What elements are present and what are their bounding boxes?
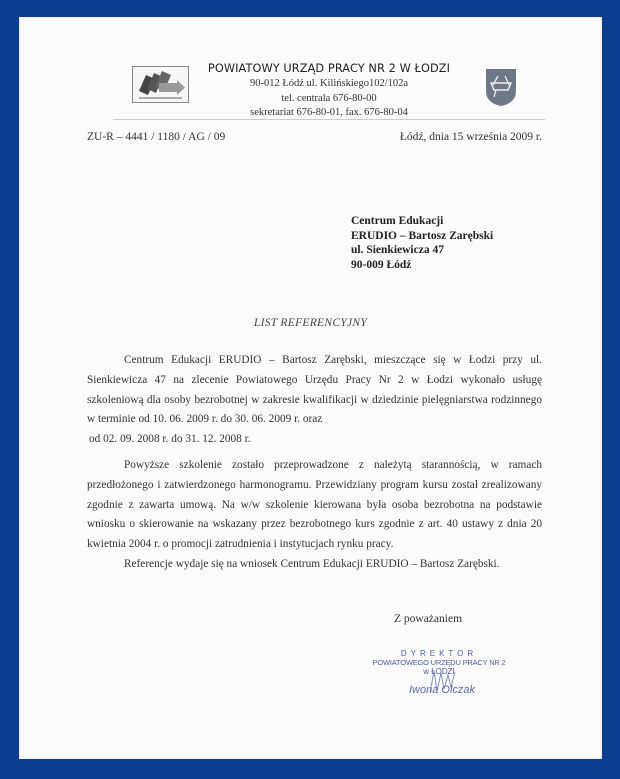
addressee-line: ERUDIO – Bartosz Zarębski — [351, 229, 493, 244]
body-paragraph-tail: od 02. 09. 2008 r. do 31. 12. 2008 r. — [87, 430, 542, 450]
body-paragraph: Centrum Edukacji ERUDIO – Bartosz Zarębs… — [87, 351, 542, 430]
addressee-line: ul. Sienkiewicza 47 — [351, 243, 493, 258]
stamp-title: DYREKTOR — [354, 649, 524, 658]
organization-address: 90-012 Łódź ul. Kilińskiego102/102a — [169, 78, 489, 89]
lodz-coat-of-arms-icon — [484, 67, 518, 107]
stamp-organization: POWIATOWEGO URZĘDU PRACY NR 2 — [354, 658, 524, 667]
body-paragraph: Powyższe szkolenie zostało przeprowadzon… — [87, 456, 542, 555]
organization-secretariat: sekretariat 676-80-01, fax. 676-80-04 — [169, 107, 489, 118]
organization-phone: tel. centrala 676-80-00 — [169, 93, 489, 104]
closing-salutation: Z poważaniem — [394, 613, 462, 625]
reference-number: ZU-R – 4441 / 1180 / AG / 09 — [87, 131, 225, 143]
letter-body: Centrum Edukacji ERUDIO – Bartosz Zarębs… — [87, 351, 542, 575]
letter-title: LIST REFERENCYJNY — [19, 317, 602, 329]
header-divider — [113, 119, 545, 120]
letter-page: POWIATOWY URZĄD PRACY NR 2 W ŁODZI 90-01… — [19, 17, 602, 759]
addressee-line: 90-009 Łódź — [351, 258, 493, 273]
addressee-block: Centrum Edukacji ERUDIO – Bartosz Zarębs… — [351, 214, 493, 272]
body-paragraph: Referencje wydaje się na wniosek Centrum… — [87, 555, 542, 575]
signature-name: Iwona Olczak — [409, 684, 475, 696]
addressee-line: Centrum Edukacji — [351, 214, 493, 229]
organization-name: POWIATOWY URZĄD PRACY NR 2 W ŁODZI — [169, 62, 489, 75]
letter-date: Łódź, dnia 15 września 2009 r. — [400, 131, 542, 143]
